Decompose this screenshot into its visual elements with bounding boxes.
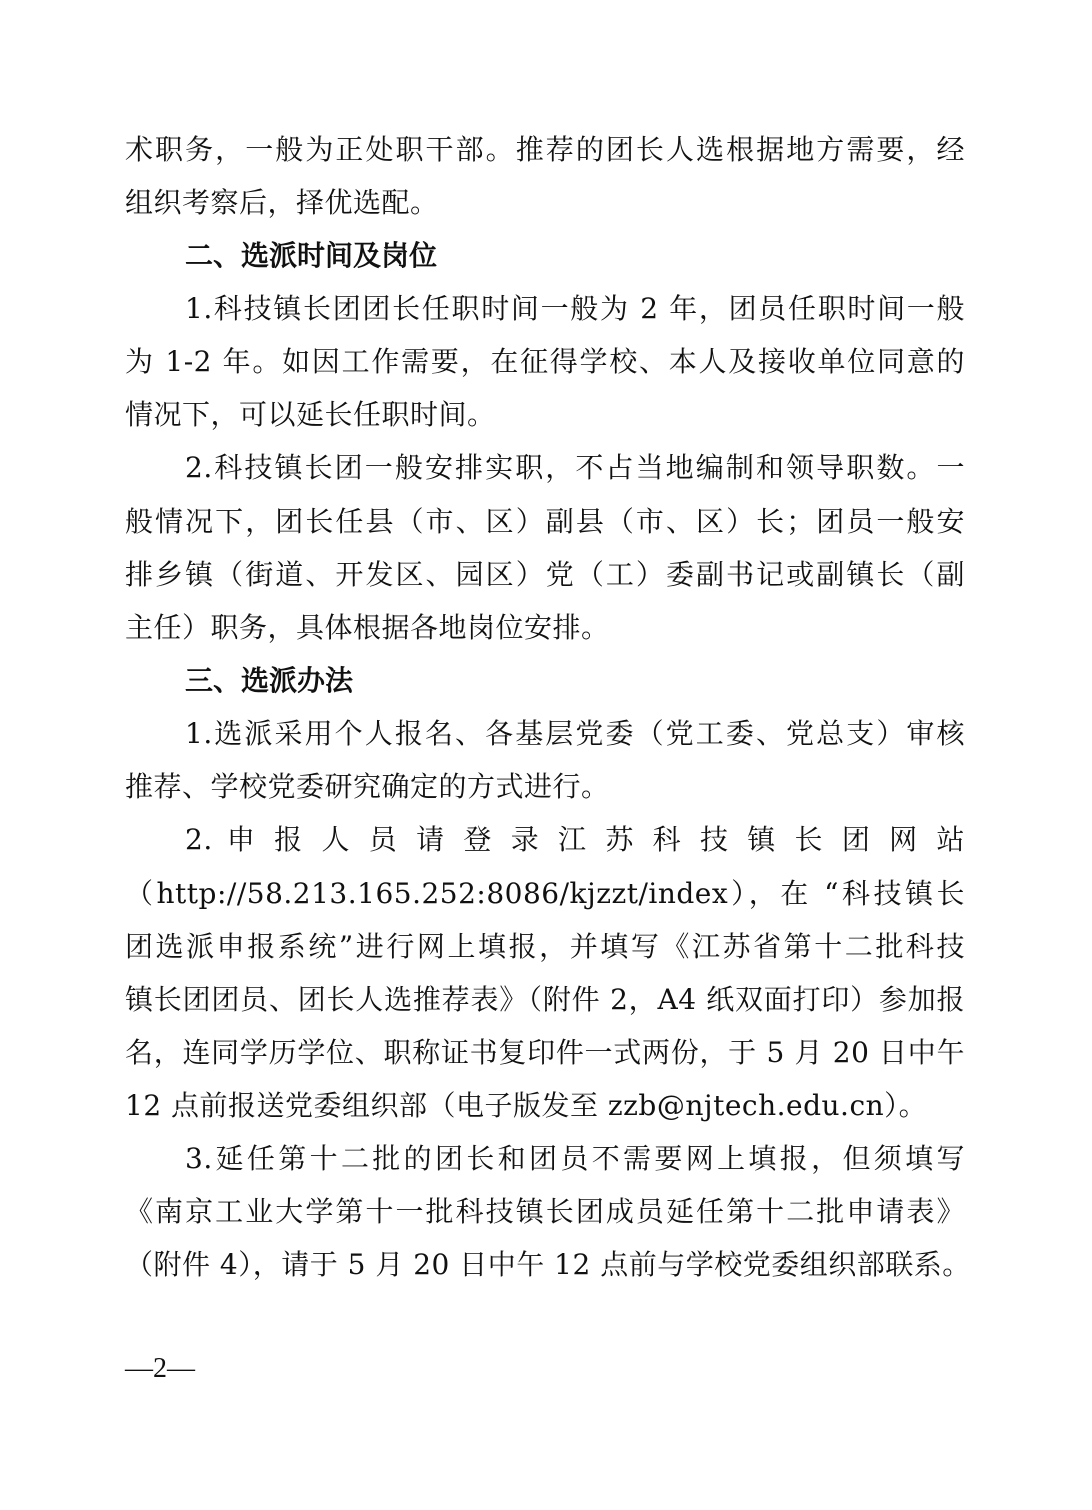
paragraph-line: 名，连同学历学位、职称证书复印件一式两份，于 5 月 20 日中午 xyxy=(125,1033,965,1073)
paragraph-line: 排乡镇（街道、开发区、园区）党（工）委副书记或副镇长（副 xyxy=(125,555,965,595)
paragraph-line-url: （http://58.213.165.252:8086/kjzzt/index）… xyxy=(125,874,965,914)
document-page: 术职务，一般为正处职干部。推荐的团长人选根据地方需要，经 组织考察后，择优选配。… xyxy=(0,0,1092,1510)
page-number: —2— xyxy=(125,1352,195,1386)
paragraph-line: 组织考察后，择优选配。 xyxy=(125,183,965,223)
paragraph-line-email: 12 点前报送党委组织部（电子版发至 zzb@njtech.edu.cn）。 xyxy=(125,1086,965,1126)
paragraph-line: 团选派申报系统”进行网上填报，并填写《江苏省第十二批科技 xyxy=(125,927,965,967)
paragraph-line: 推荐、学校党委研究确定的方式进行。 xyxy=(125,767,965,807)
paragraph-line: 2.科技镇长团一般安排实职，不占当地编制和领导职数。一 xyxy=(185,448,965,488)
paragraph-line: 为 1-2 年。如因工作需要，在征得学校、本人及接收单位同意的 xyxy=(125,342,965,382)
paragraph-line: 1.选派采用个人报名、各基层党委（党工委、党总支）审核 xyxy=(185,714,965,754)
paragraph-line: 镇长团团员、团长人选推荐表》（附件 2，A4 纸双面打印）参加报 xyxy=(125,980,965,1020)
paragraph-line: 2. 申 报 人 员 请 登 录 江 苏 科 技 镇 长 团 网 站 xyxy=(185,820,965,860)
paragraph-line: 《南京工业大学第十一批科技镇长团成员延任第十二批申请表》 xyxy=(125,1192,965,1232)
section-heading-selection-time-and-posts: 二、选派时间及岗位 xyxy=(185,236,437,276)
section-heading-selection-method: 三、选派办法 xyxy=(185,661,353,701)
paragraph-line: 般情况下，团长任县（市、区）副县（市、区）长；团员一般安 xyxy=(125,502,965,542)
paragraph-line: 1.科技镇长团团长任职时间一般为 2 年，团员任职时间一般 xyxy=(185,289,965,329)
paragraph-line: 情况下，可以延长任职时间。 xyxy=(125,395,965,435)
paragraph-line: （附件 4），请于 5 月 20 日中午 12 点前与学校党委组织部联系。 xyxy=(125,1245,965,1285)
paragraph-line: 主任）职务，具体根据各地岗位安排。 xyxy=(125,608,965,648)
paragraph-line: 3.延任第十二批的团长和团员不需要网上填报，但须填写 xyxy=(185,1139,965,1179)
paragraph-line: 术职务，一般为正处职干部。推荐的团长人选根据地方需要，经 xyxy=(125,130,965,170)
